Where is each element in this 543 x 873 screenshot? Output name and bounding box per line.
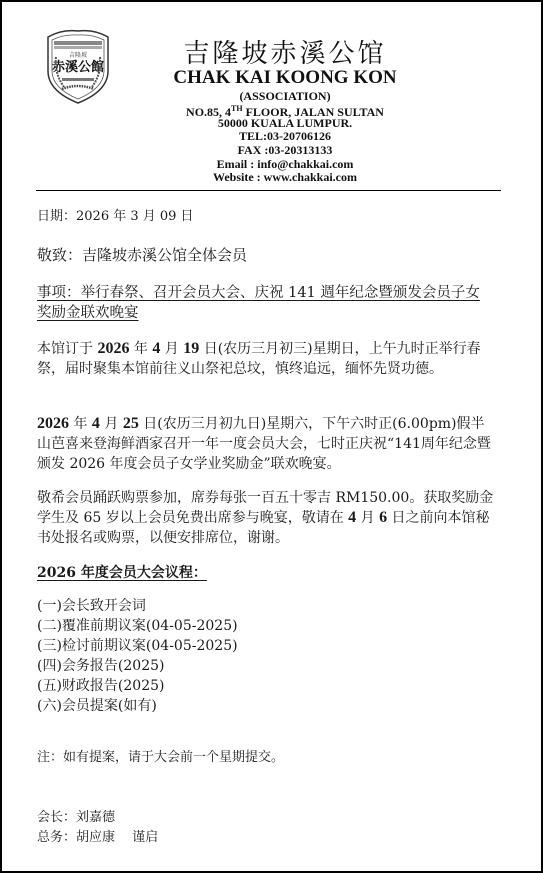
letter-recipient: 敬致：吉隆坡赤溪公馆全体会员 bbox=[37, 245, 507, 265]
svg-text:赤溪公館: 赤溪公館 bbox=[52, 59, 104, 75]
paragraph-agm-dinner: 2026 年 4 月 25 日(农历三月初九日)星期六，下午六时正(6.00pm… bbox=[37, 414, 497, 474]
signature-secretary: 总务：胡应康 谨启 bbox=[37, 828, 507, 848]
association-name-chinese: 吉隆坡赤溪公馆 bbox=[120, 33, 450, 70]
letter-date: 日期：2026 年 3 月 09 日 bbox=[37, 207, 507, 227]
paragraph-spring-rite: 本馆订于 2026 年 4 月 19 日(农历三月初三)星期日，上午九时正举行春… bbox=[37, 339, 487, 379]
agenda-item: (二)覆准前期议案(04-05-2025) bbox=[37, 616, 507, 636]
association-subtitle: (ASSOCIATION) bbox=[120, 89, 450, 103]
proposal-note: 注：如有提案，请于大会前一个星期提交。 bbox=[37, 748, 507, 768]
email: Email : info@chakkai.com bbox=[120, 157, 450, 171]
address-line-2: 50000 KUALA LUMPUR. bbox=[120, 116, 450, 130]
telephone: TEL:03-20706126 bbox=[120, 129, 450, 143]
agenda-list: (一)会长致开会词 (二)覆准前期议案(04-05-2025) (三)检讨前期议… bbox=[37, 596, 507, 716]
svg-text:吉隆坡: 吉隆坡 bbox=[69, 51, 87, 59]
signature-president: 会长：刘嘉德 bbox=[37, 808, 507, 828]
letter-subject: 事项：举行春祭、召开会员大会、庆祝 141 週年纪念暨颁发会员子女奖励金联欢晚宴 bbox=[37, 283, 492, 323]
agenda-item: (一)会长致开会词 bbox=[37, 596, 507, 616]
association-name-english: CHAK KAI KOONG KON bbox=[120, 67, 450, 89]
fax: FAX :03-20313133 bbox=[120, 143, 450, 157]
agenda-item: (三)检讨前期议案(04-05-2025) bbox=[37, 636, 507, 656]
paragraph-tickets: 敬希会员踊跃购票参加，席券每张一百五十零吉 RM150.00。获取奖励金学生及 … bbox=[37, 488, 497, 548]
agenda-item: (四)会务报告(2025) bbox=[37, 656, 507, 676]
agenda-item: (六)会员提案(如有) bbox=[37, 696, 507, 716]
agenda-title: 2026 年度会员大会议程： bbox=[37, 563, 507, 583]
association-shield-logo-icon: 吉隆坡 赤溪公館 bbox=[42, 27, 114, 105]
website: Website : www.chakkai.com bbox=[120, 170, 450, 184]
agenda-item: (五)财政报告(2025) bbox=[37, 676, 507, 696]
header-divider bbox=[36, 190, 501, 191]
